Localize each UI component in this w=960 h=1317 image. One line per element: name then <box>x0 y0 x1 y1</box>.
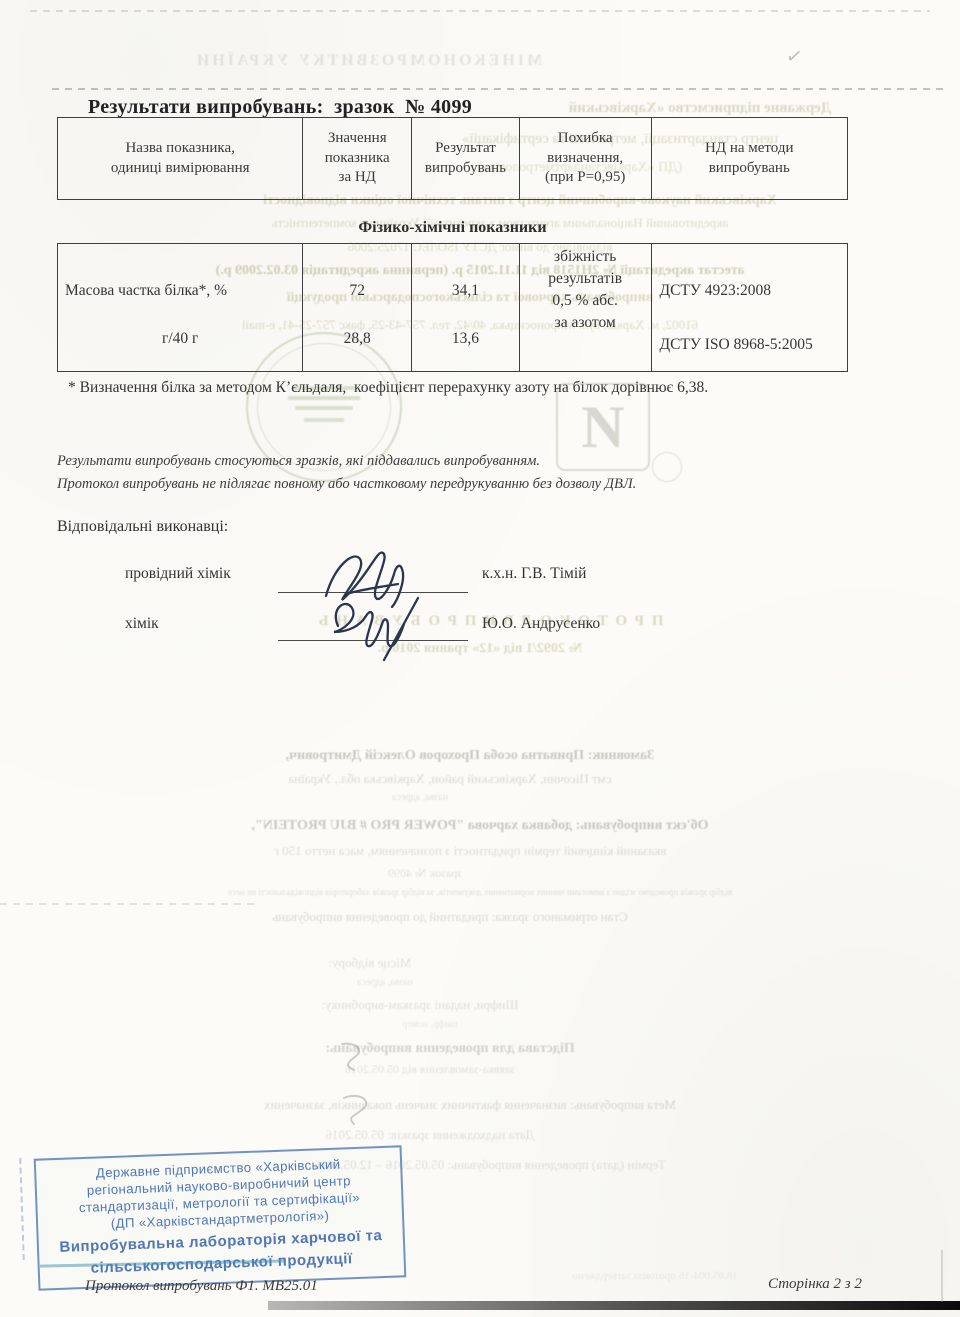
laboratory-stamp: Державне підприємство «Харківський регіо… <box>34 1145 407 1290</box>
nd-value-row1: 72 <box>303 282 411 300</box>
note-no-reprint: Протокол випробувань не підлягає повному… <box>57 476 636 493</box>
scan-noise-line-top <box>30 10 930 12</box>
result-row1: 34,1 <box>412 282 519 300</box>
bleed-through-text: заявка-замовлення від 05.05.2016 <box>345 1062 515 1077</box>
cell-error: збіжність результатів 0,5 % абс. за азот… <box>520 244 652 371</box>
bleed-through-signature-mark <box>338 1092 376 1128</box>
executor-role-chemist: хімік <box>125 615 159 633</box>
bleed-through-text: назва, адреса <box>392 792 448 803</box>
bleed-through-text: Шифри, надані зразкам-виробнику: <box>321 997 518 1013</box>
bleed-through-text: Об'єкт випробувань: добавка харчова "POW… <box>252 818 709 834</box>
footer-protocol-form: Протокол випробувань Ф1. МВ25.01 <box>85 1278 318 1295</box>
scan-edge-shadow <box>268 1301 960 1310</box>
bleed-through-text: Дата надходження зразків: 05.05.2016 <box>326 1127 535 1143</box>
bleed-through-text: Стан отриманого зразка: придатний до про… <box>272 909 627 925</box>
col-header-nd-value: Значення показника за НД <box>303 118 412 199</box>
cell-indicator-name: Масова частка білка*, % г/40 г <box>58 244 303 371</box>
bleed-through-signature-mark <box>334 1040 370 1074</box>
nd-value-row2: 28,8 <box>303 330 411 348</box>
section-title-physchem: Фізико-хімічні показники <box>57 219 848 237</box>
cell-test-results: 34,1 13,6 <box>412 244 520 371</box>
scan-noise-line-mid <box>0 903 255 905</box>
error-line3: 0,5 % абс. <box>520 292 651 310</box>
bleed-through-text: відбір зразків проведено згідно з вимога… <box>228 887 733 897</box>
bleed-through-text: 18.05.004-16 протокол затверджено <box>572 1270 737 1282</box>
cell-method-nd: ДСТУ 4923:2008 ДСТУ ISO 8968-5:2005 <box>652 244 848 371</box>
method-row1: ДСТУ 4923:2008 <box>660 282 772 300</box>
error-line2: результатів <box>520 270 651 288</box>
executors-heading: Відповідальні виконавці: <box>57 518 228 536</box>
bleed-through-text: МІНЕКОНОМРОЗВИТКУ УКРАЇНИ <box>194 52 542 70</box>
error-line4: за азотом <box>520 314 651 332</box>
bleed-through-text: шифр, номер <box>402 1019 457 1030</box>
physchem-table: Масова частка білка*, % г/40 г 72 28,8 3… <box>57 243 848 372</box>
footer-page-number: Сторінка 2 з 2 <box>768 1276 862 1293</box>
col-header-test-result: Результат випробувань <box>412 118 520 199</box>
executor-name-timiy: к.х.н. Г.В. Тімій <box>482 565 586 583</box>
scan-edge-mark <box>941 1250 943 1302</box>
stamp-edge-bleed <box>19 1158 25 1260</box>
cell-nd-values: 72 28,8 <box>303 244 412 371</box>
scan-divider-line <box>52 88 944 90</box>
bleed-through-text: Замовник: Приватна особа Прохоров Олексі… <box>286 748 655 764</box>
bleed-through-text: вказаний кінцевий термін придатності з п… <box>274 843 667 859</box>
page-title: Результати випробувань: зразок № 4099 <box>88 96 472 119</box>
executor-role-lead-chemist: провідний хімік <box>125 565 231 583</box>
kjeldahl-footnote: * Визначення білка за методом К’єльдаля,… <box>68 379 708 397</box>
bleed-through-small-mark <box>652 452 682 482</box>
indicator-protein: Масова частка білка*, % <box>65 282 227 300</box>
bleed-through-text: зразок № 4099 <box>388 866 462 881</box>
bleed-through-text: Мета випробувань: визначення фактичних з… <box>264 1097 676 1113</box>
bleed-through-text: Державне підприємство «Харківський <box>569 100 832 117</box>
method-row2: ДСТУ ISO 8968-5:2005 <box>660 336 813 354</box>
pencil-check-mark: ✓ <box>784 43 805 71</box>
note-results-scope: Результати випробувань стосуються зразкі… <box>57 453 540 470</box>
result-row2: 13,6 <box>412 330 519 348</box>
bleed-through-text: Місце відбору: <box>329 955 412 971</box>
col-header-method-nd: НД на методи випробувань <box>652 118 848 199</box>
executor-name-andrusenko: Ю.О. Андрусенко <box>482 615 600 633</box>
bleed-through-text: назва, адреса <box>357 977 413 988</box>
results-header-table: Назва показника, одиниці вимірювання Зна… <box>57 117 848 200</box>
error-line1: збіжність <box>520 248 651 266</box>
indicator-unit: г/40 г <box>58 330 302 348</box>
signature-chemist <box>320 594 452 662</box>
col-header-error: Похибка визначення, (при Р=0,95) <box>520 118 652 199</box>
scanned-page: ✓ МІНЕКОНОМРОЗВИТКУ УКРАЇНИДержавне підп… <box>0 0 960 1317</box>
bleed-through-text: смт Пісочин, Харківський район, Харківсь… <box>288 771 611 787</box>
col-header-indicator-name: Назва показника, одиниці вимірювання <box>58 118 303 199</box>
